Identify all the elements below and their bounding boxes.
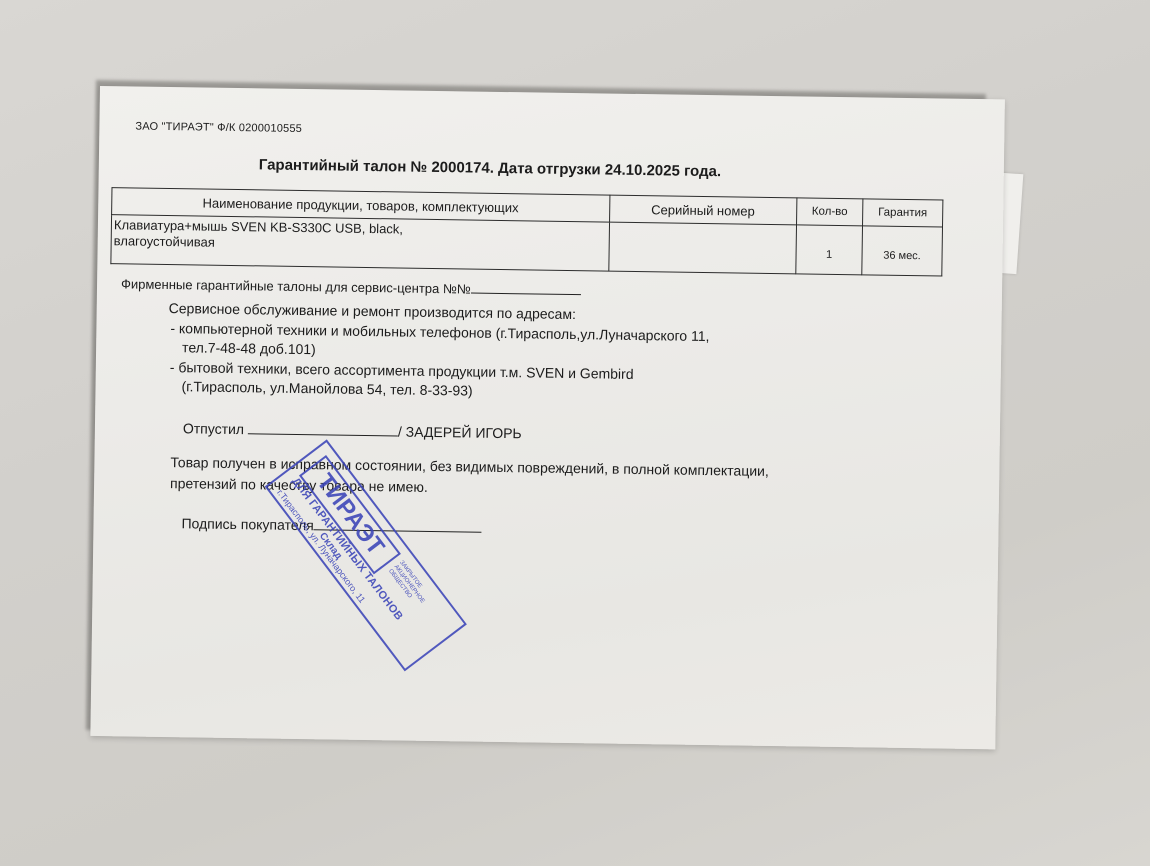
document-title: Гарантийный талон № 2000174. Дата отгруз… <box>259 156 722 180</box>
address-2-line2: (г.Тирасполь, ул.Манойлова 54, тел. 8-33… <box>181 378 472 398</box>
acceptance-line1: Товар получен в исправном состоянии, без… <box>170 454 769 479</box>
service-center-label: Фирменные гарантийные талоны для сервис-… <box>121 276 471 296</box>
service-intro: Сервисное обслуживание и ремонт производ… <box>169 300 576 322</box>
company-stamp: ТИРАЭТ ЗАКРЫТОЕ АКЦИОНЕРНОЕ ОБЩЕСТВО ДЛЯ… <box>265 439 467 671</box>
cell-name: Клавиатура+мышь SVEN KB-S330C USB, black… <box>111 215 609 271</box>
cell-qty: 1 <box>796 225 863 275</box>
stamp-subtitle: ЗАКРЫТОЕ АКЦИОНЕРНОЕ ОБЩЕСТВО <box>386 560 451 636</box>
products-table: Наименование продукции, товаров, комплек… <box>110 187 943 276</box>
header-qty: Кол-во <box>797 198 863 226</box>
cell-serial <box>608 222 796 274</box>
released-label: Отпустил <box>183 420 244 437</box>
released-name: / ЗАДЕРЕЙ ИГОРЬ <box>398 423 522 441</box>
released-line: Отпустил / ЗАДЕРЕЙ ИГОРЬ <box>183 419 522 441</box>
warranty-card: ЗАО "ТИРАЭТ" Ф/К 0200010555 Гарантийный … <box>90 86 1005 749</box>
address-1-line2: тел.7-48-48 доб.101) <box>182 339 316 357</box>
service-center-blank <box>471 280 581 296</box>
header-warranty: Гарантия <box>862 199 942 227</box>
cell-warranty: 36 мес. <box>862 226 943 276</box>
header-serial: Серийный номер <box>609 195 797 225</box>
company-line: ЗАО "ТИРАЭТ" Ф/К 0200010555 <box>135 121 302 135</box>
service-center-line: Фирменные гарантийные талоны для сервис-… <box>121 274 581 298</box>
released-signature-blank <box>248 420 398 436</box>
